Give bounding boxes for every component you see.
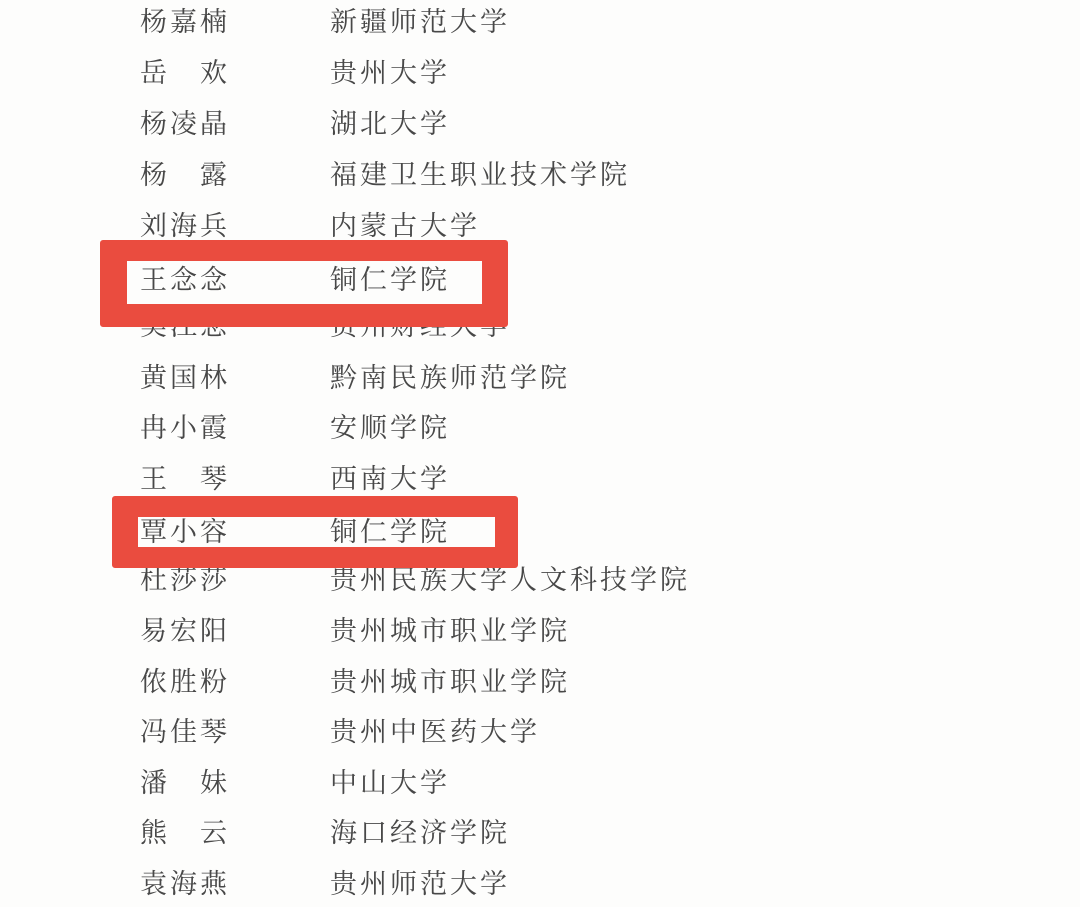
person-name: 侬胜粉	[140, 668, 230, 696]
table-row: 刘海兵内蒙古大学	[0, 212, 1080, 240]
school-name: 安顺学院	[330, 414, 450, 442]
table-row: 熊 云海口经济学院	[0, 819, 1080, 847]
school-name: 贵州师范大学	[330, 870, 510, 898]
table-row: 杨凌晶湖北大学	[0, 110, 1080, 138]
table-row: 易宏阳贵州城市职业学院	[0, 617, 1080, 645]
person-name: 杨嘉楠	[140, 8, 230, 36]
school-name: 贵州城市职业学院	[330, 668, 570, 696]
table-row: 袁海燕贵州师范大学	[0, 870, 1080, 898]
school-name: 湖北大学	[330, 110, 450, 138]
person-name: 刘海兵	[140, 212, 230, 240]
school-name: 中山大学	[330, 769, 450, 797]
school-name: 西南大学	[330, 465, 450, 493]
school-name: 内蒙古大学	[330, 212, 480, 240]
roster-page: 杨嘉楠新疆师范大学岳 欢贵州大学杨凌晶湖北大学杨 露福建卫生职业技术学院刘海兵内…	[0, 0, 1080, 907]
person-name: 王 琴	[140, 465, 230, 493]
person-name: 杨 露	[140, 161, 230, 189]
table-row: 侬胜粉贵州城市职业学院	[0, 668, 1080, 696]
table-row: 杨 露福建卫生职业技术学院	[0, 161, 1080, 189]
person-name: 杜莎莎	[140, 566, 230, 594]
person-name: 潘 妹	[140, 769, 230, 797]
table-row: 王 琴西南大学	[0, 465, 1080, 493]
school-name: 贵州中医药大学	[330, 718, 540, 746]
person-name: 冯佳琴	[140, 718, 230, 746]
person-name: 熊 云	[140, 819, 230, 847]
person-name: 黄国林	[140, 364, 230, 392]
red-highlight-box-2	[112, 496, 518, 568]
school-name: 贵州大学	[330, 59, 450, 87]
school-name: 贵州民族大学人文科技学院	[330, 566, 690, 594]
table-row: 冉小霞安顺学院	[0, 414, 1080, 442]
school-name: 海口经济学院	[330, 819, 510, 847]
school-name: 新疆师范大学	[330, 8, 510, 36]
person-name: 袁海燕	[140, 870, 230, 898]
table-row: 杨嘉楠新疆师范大学	[0, 8, 1080, 36]
red-highlight-box-1	[100, 240, 508, 327]
table-row: 冯佳琴贵州中医药大学	[0, 718, 1080, 746]
person-name: 冉小霞	[140, 414, 230, 442]
school-name: 黔南民族师范学院	[330, 364, 570, 392]
person-name: 易宏阳	[140, 617, 230, 645]
table-row: 岳 欢贵州大学	[0, 59, 1080, 87]
table-row: 潘 妹中山大学	[0, 769, 1080, 797]
person-name: 岳 欢	[140, 59, 230, 87]
table-row: 黄国林黔南民族师范学院	[0, 364, 1080, 392]
person-name: 杨凌晶	[140, 110, 230, 138]
school-name: 贵州城市职业学院	[330, 617, 570, 645]
table-row: 杜莎莎贵州民族大学人文科技学院	[0, 566, 1080, 594]
school-name: 福建卫生职业技术学院	[330, 161, 630, 189]
